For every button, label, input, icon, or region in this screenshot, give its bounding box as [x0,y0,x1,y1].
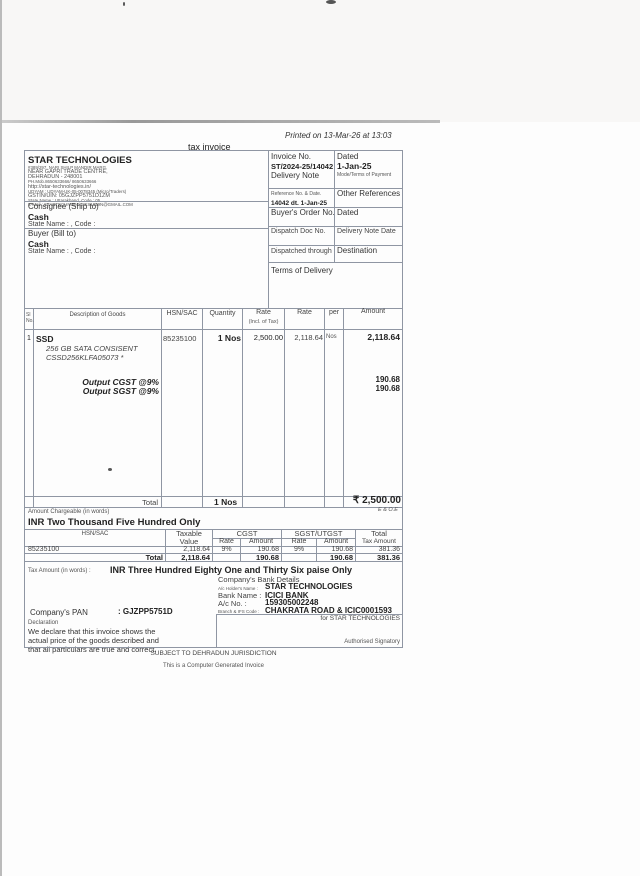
cgst-header: CGST [213,529,281,538]
cgst-rate-header: Rate [213,538,240,545]
hsn-sgst-amount: 190.68 [317,546,353,553]
scan-background-strip [0,0,640,122]
col-line [33,308,34,508]
declaration-line: We declare that this invoice shows the [28,627,159,636]
delivery-note-date-label: Delivery Note Date [337,228,396,235]
terms-of-delivery-label: Terms of Delivery [271,266,333,275]
account-no-label: A/c No. : [218,599,247,608]
col-header-description: Description of Goods [34,312,161,318]
hsn-taxable: 2,118.64 [166,546,210,553]
hsn-total-label: Total [28,553,163,562]
pan-label: Company's PAN [30,608,88,617]
dispatch-doc-label: Dispatch Doc No. [271,228,325,235]
authorised-signatory: Authorised Signatory [220,639,400,645]
item-hsn: 85235100 [163,334,196,343]
amount-in-words: INR Two Thousand Five Hundred Only [28,517,200,528]
invoice-no-label: Invoice No. [271,152,311,161]
dated-label: Dated [337,152,358,161]
item-sno: 1 [27,335,31,342]
total-quantity: 1 Nos [214,497,237,507]
hsn-header: HSN/SAC [25,531,165,537]
tax-words-label: Tax Amount (in words) : [28,568,91,574]
header-divider [268,150,269,308]
item-quantity: 1 Nos [203,333,241,343]
sgst-rate-header: Rate [282,538,316,545]
sgst-amount-header: Amount [317,538,355,545]
reference-value: 14042 dt. 1-Jan-25 [271,200,327,207]
tax-amount-in-words: INR Three Hundred Eighty One and Thirty … [110,565,352,575]
scan-speck [326,0,336,4]
total-tax-header-2: Tax Amount [356,538,402,545]
col-line [161,308,162,508]
paper-edge [0,120,440,123]
frame-top [24,150,403,151]
hsn-total-taxable: 2,118.64 [166,553,210,562]
sgst-header: SGST/UTGST [282,529,355,538]
col-header-amount: Amount [344,308,402,315]
eoe-note: E & O.E [378,507,398,513]
scan-speck [123,2,125,6]
buyer-label: Buyer (Bill to) [28,229,76,238]
invoice-date: 1-Jan-25 [337,161,372,171]
dispatched-through-label: Dispatched through [271,248,332,255]
divider [268,262,402,263]
consignee-label: Consignee (Ship to) [28,202,99,211]
item-name: SSD [36,334,53,344]
frame-right [402,150,403,648]
col-header-rate-incl: Rate [243,309,284,316]
hsn-total-sgst: 190.68 [317,553,353,562]
tax-line-sgst-amount: 190.68 [344,384,400,393]
item-per: Nos [326,334,337,340]
col-header-quantity: Quantity [203,310,242,317]
declaration-label: Declaration [28,620,58,626]
declaration-line: actual price of the goods described and [28,636,159,645]
buyers-order-label: Buyer's Order No. [271,208,335,217]
frame-left [24,150,25,648]
hsn-total-tax: 381.36 [356,546,400,553]
computer-generated-note: This is a Computer Generated Invoice [24,663,403,669]
consignee-state: State Name : , Code : [28,221,95,228]
divider [268,226,402,227]
bank-holder: STAR TECHNOLOGIES [265,582,352,591]
total-tax-header: Total [356,529,402,538]
hsn-cgst-amount: 190.68 [241,546,279,553]
buyers-order-dated-label: Dated [337,208,358,217]
hsn-sgst-rate: 9% [282,546,316,553]
col-header-rate-incl-sub: (Incl. of Tax) [243,319,284,325]
amount-words-label: Amount Chargeable (in words) [28,509,109,515]
item-rate: 2,118.64 [285,333,323,342]
item-serial: CSSD256KLFA05073 * [46,353,123,362]
hsn-cgst-rate: 9% [213,546,240,553]
col-line [324,308,325,508]
col-header-rate: Rate [285,309,324,316]
for-company: for STAR TECHNOLOGIES [220,615,400,622]
frame-bottom [24,647,403,648]
total-label: Total [34,498,158,507]
col-header-hsn: HSN/SAC [162,310,202,317]
reference-label: Reference No. & Date. [271,191,321,197]
total-amount: ₹ 2,500.00 [344,495,401,506]
table-header-bottom [24,329,403,330]
cgst-amount-header: Amount [241,538,281,545]
divider [268,245,402,246]
taxable-header-2: Value [166,537,212,546]
hsn-total-cgst: 190.68 [241,553,279,562]
scan-speck [108,468,112,471]
tax-line-sgst-label: Output SGST @9% [34,386,159,396]
buyer-state: State Name : , Code : [28,248,95,255]
item-rate-incl: 2,500.00 [243,333,283,342]
hsn-code: 85235100 [28,546,59,553]
destination-label: Destination [337,246,377,255]
tax-line-cgst-amount: 190.68 [344,375,400,384]
other-references-label: Other References [337,189,400,198]
mode-terms-label: Mode/Terms of Payment [337,172,391,178]
total-row-bottom [24,507,403,508]
invoice-no: ST/2024-25/14042 [271,162,333,171]
col-header-sno: Sl No. [26,312,33,324]
signature-box-left [216,614,217,648]
jurisdiction-note: SUBJECT TO DEHRADUN JURISDICTION [24,650,403,657]
item-description: 256 GB SATA CONSISENT [46,344,138,353]
printed-on: Printed on 13-Mar-26 at 13:03 [285,131,392,140]
scan-left-edge [0,0,2,876]
pan-value: : GJZPP5751D [118,607,173,616]
item-amount: 2,118.64 [344,332,400,342]
hsn-total-tax: 381.36 [356,553,400,562]
delivery-note-label: Delivery Note [271,171,319,180]
col-header-per: per [325,309,343,316]
